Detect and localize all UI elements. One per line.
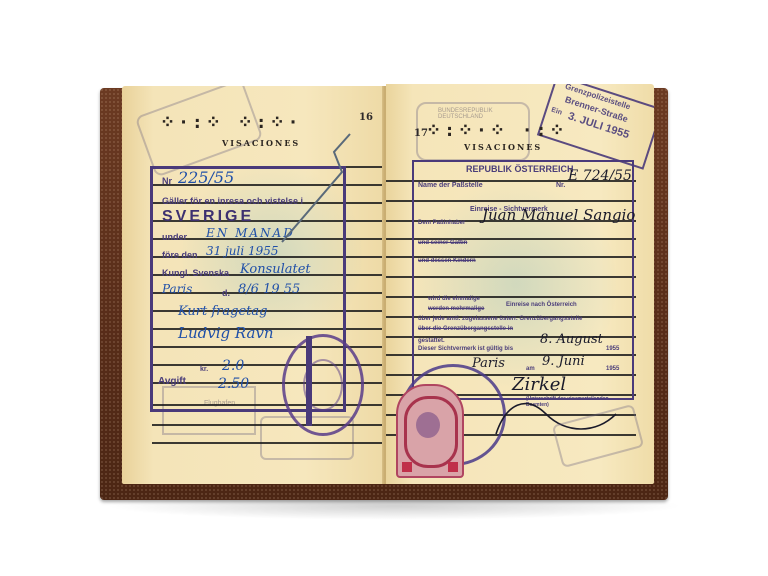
fee-amount: 2.50 bbox=[218, 376, 249, 392]
page-right: BUNDESREPUBLIK DEUTSCHLAND Grenzpolizeis… bbox=[386, 84, 654, 484]
visa-number: 225/55 bbox=[178, 168, 234, 187]
visaciones-header: VISACIONES bbox=[464, 142, 542, 152]
perforation-number: ⁘·:⁘ ⁘:⁘· bbox=[160, 112, 302, 133]
country-austria: REPUBLIK ÖSTERREICH bbox=[466, 164, 574, 174]
country-sverige: SVERIGE bbox=[162, 208, 254, 226]
consul-signature: Ludvig Ravn bbox=[178, 324, 274, 342]
valid-until-date: 8. August bbox=[540, 332, 603, 347]
revenue-stamp bbox=[396, 384, 464, 478]
visa-number: E 724/55 bbox=[568, 168, 632, 184]
page-left: Flughafen 16 ⁘·:⁘ ⁘:⁘· VISACIONES Nr 225… bbox=[122, 86, 384, 484]
swedish-consulate-seal bbox=[282, 334, 364, 436]
pen-check-mark bbox=[272, 132, 352, 252]
issue-date: 9. Juni bbox=[542, 354, 585, 369]
page-number: 16 bbox=[359, 112, 373, 123]
holder-name: Juan Manuel Sangio bbox=[482, 206, 635, 224]
perforation-number: ⁘:⁘·⁘ ·:⁘ bbox=[426, 120, 568, 141]
